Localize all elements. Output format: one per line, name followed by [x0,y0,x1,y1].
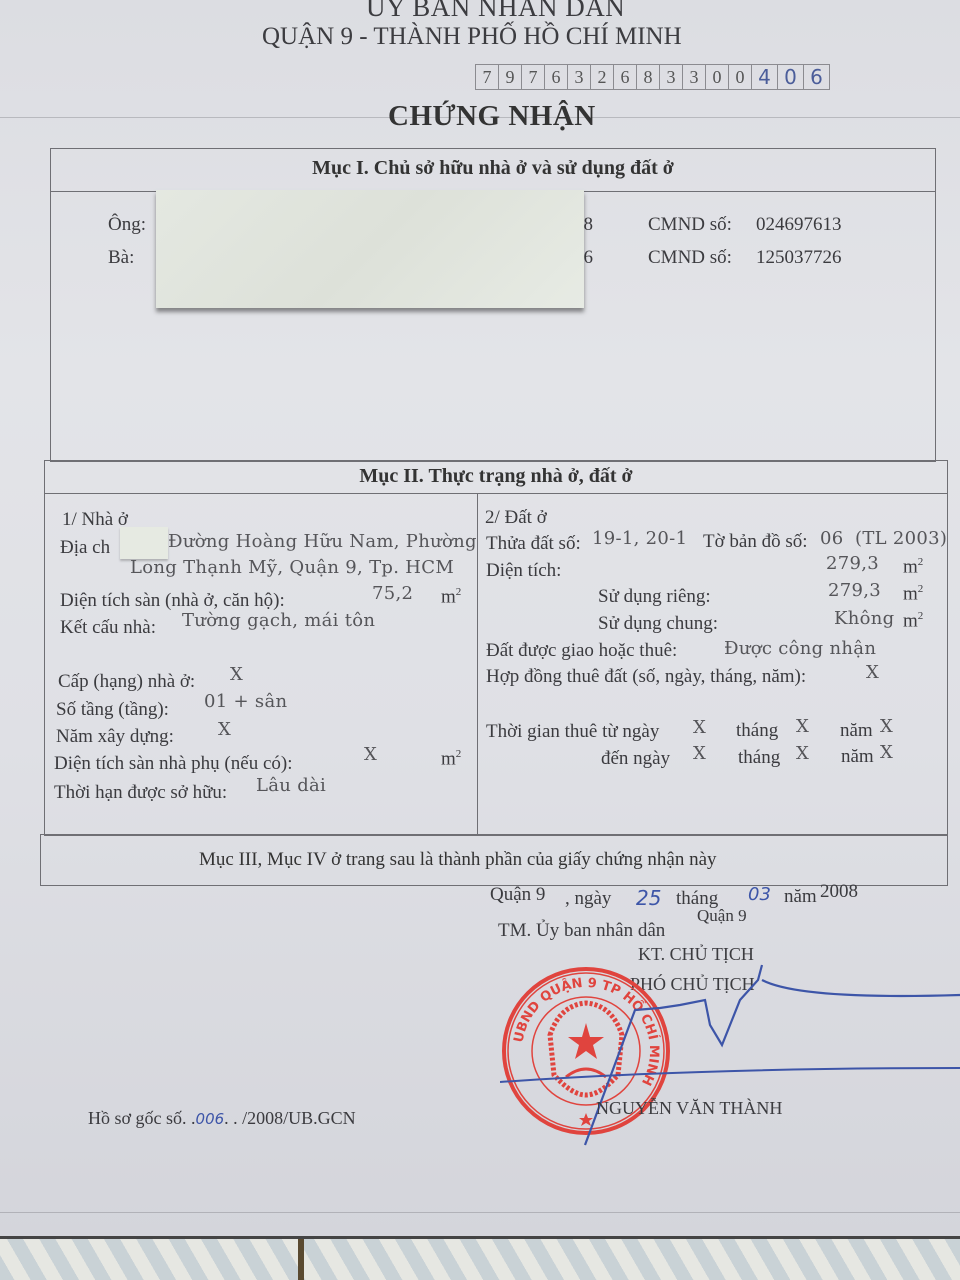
column-divider [477,493,478,835]
aux-area-unit: m2 [441,748,461,770]
serial-digit: 3 [660,65,683,89]
record-number-label: Hồ sơ gốc số. .006. . /2008/UB.GCN [88,1108,356,1129]
record-number: 006 [196,1110,225,1128]
aux-area-value: X [364,744,377,765]
shared-use-value: Không [834,608,895,629]
section-2-title: Mục II. Thực trạng nhà ở, đất ở [45,465,947,488]
section-2-header: Mục II. Thực trạng nhà ở, đất ở [45,461,947,494]
owner-male-label: Ông: [108,214,146,236]
allocation-label: Đất được giao hoặc thuê: [486,640,677,662]
serial-digit-handwritten: 6 [804,65,829,89]
owner-female-id-number: 125037726 [756,247,842,269]
shared-use-label: Sử dụng chung: [598,613,718,635]
section-3-note-box: Mục III, Mục IV ở trang sau là thành phầ… [40,834,948,886]
owner-female-id-label: CMND số: [648,247,732,269]
land-area-label: Diện tích: [486,560,561,582]
signing-place: Quận 9 [490,884,545,906]
land-area-value: 279,3 [826,553,879,574]
house-heading: 1/ Nhà ở [62,509,128,531]
lease-contract-label: Hợp đồng thuê đất (số, ngày, tháng, năm)… [486,666,806,688]
grade-value: X [230,664,243,685]
serial-digit: 3 [568,65,591,89]
grade-label: Cấp (hạng) nhà ở: [58,671,195,693]
paper-fold [0,1212,960,1213]
serial-digit: 6 [614,65,637,89]
serial-digit: 0 [706,65,729,89]
map-sheet-note: (TL 2003) [855,528,947,549]
floor-area-unit: m2 [441,586,461,608]
redaction-paper-owner-names [156,190,584,308]
address-line-2: Long Thạnh Mỹ, Quận 9, Tp. HCM [130,557,454,578]
allocation-value: Được công nhận [724,638,876,659]
serial-digit: 7 [476,65,499,89]
signing-day-label: , ngày [565,888,611,910]
signing-day: 25 [636,886,661,910]
floors-value: 01 + sân [204,691,287,712]
owner-female-label: Bà: [108,247,134,269]
aux-area-label: Diện tích sàn nhà phụ (nếu có): [54,753,292,775]
land-heading: 2/ Đất ở [485,507,547,529]
signature-icon [500,950,960,1150]
serial-digit: 3 [683,65,706,89]
redaction-house-number [120,527,168,559]
lease-contract-value: X [866,662,879,683]
district-city-heading: QUẬN 9 - THÀNH PHỐ HỒ CHÍ MINH [262,23,682,51]
lease-to-year: X [880,742,893,763]
signing-year: 2008 [820,881,858,903]
serial-digit-handwritten: 4 [752,65,778,89]
lease-from-year: X [880,716,893,737]
shared-use-unit: m2 [903,610,923,632]
floor-area-label: Diện tích sàn (nhà ở, căn hộ): [60,590,285,612]
ownership-term-label: Thời hạn được sở hữu: [54,782,227,804]
year-built-value: X [218,719,231,740]
lease-to-month-label: tháng [738,747,780,769]
map-sheet-label: Tờ bản đồ số: [703,531,808,553]
lease-from-month: X [796,716,809,737]
section-1-title: Mục I. Chủ sở hữu nhà ở và sử dụng đất ở [51,157,935,180]
serial-digit: 9 [499,65,522,89]
serial-digit: 7 [522,65,545,89]
lease-from-year-label: năm [840,720,873,742]
signing-year-label: năm [784,886,817,908]
serial-digit: 2 [591,65,614,89]
signing-month: 03 [748,884,771,905]
year-built-label: Năm xây dựng: [56,726,174,748]
land-area-unit: m2 [903,556,923,578]
on-behalf-district: Quận 9 [697,906,747,926]
private-use-label: Sử dụng riêng: [598,586,711,608]
on-behalf-label: TM. Ủy ban nhân dân [498,920,665,942]
owner-male-id-number: 024697613 [756,214,842,236]
signer-name: NGUYỄN VĂN THÀNH [596,1098,782,1119]
certificate-title: CHỨNG NHẬN [388,100,596,133]
lease-from-label: Thời gian thuê từ ngày [486,721,659,743]
lease-to-month: X [796,743,809,764]
serial-digit: 8 [637,65,660,89]
lease-from-month-label: tháng [736,720,778,742]
ownership-term-value: Lâu dài [256,775,326,796]
structure-label: Kết cấu nhà: [60,617,156,639]
serial-digit-handwritten: 0 [778,65,804,89]
private-use-unit: m2 [903,583,923,605]
authority-heading: ỦY BAN NHÂN DÂN [366,0,625,23]
parcel-value: 19-1, 20-1 [592,528,687,549]
tiled-floor-background [0,1236,960,1280]
lease-to-year-label: năm [841,746,874,768]
floors-label: Số tầng (tầng): [56,699,169,721]
lease-to-label: đến ngày [601,748,670,770]
address-label: Địa ch [60,537,110,559]
serial-digit: 0 [729,65,752,89]
owner-male-id-label: CMND số: [648,214,732,236]
lease-from-day: X [693,717,706,738]
parcel-label: Thửa đất số: [486,533,581,555]
floor-area-value: 75,2 [372,583,413,604]
lease-to-day: X [693,743,706,764]
serial-digit: 6 [545,65,568,89]
section-3-note: Mục III, Mục IV ở trang sau là thành phầ… [199,849,717,871]
address-line-1: Đường Hoàng Hữu Nam, Phường [168,531,477,552]
structure-value: Tường gạch, mái tôn [182,610,375,631]
section-1-header: Mục I. Chủ sở hữu nhà ở và sử dụng đất ở [51,149,935,192]
map-sheet-value: 06 [820,528,844,549]
private-use-value: 279,3 [828,580,881,601]
serial-number-boxes: 797632683300406 [475,64,830,90]
